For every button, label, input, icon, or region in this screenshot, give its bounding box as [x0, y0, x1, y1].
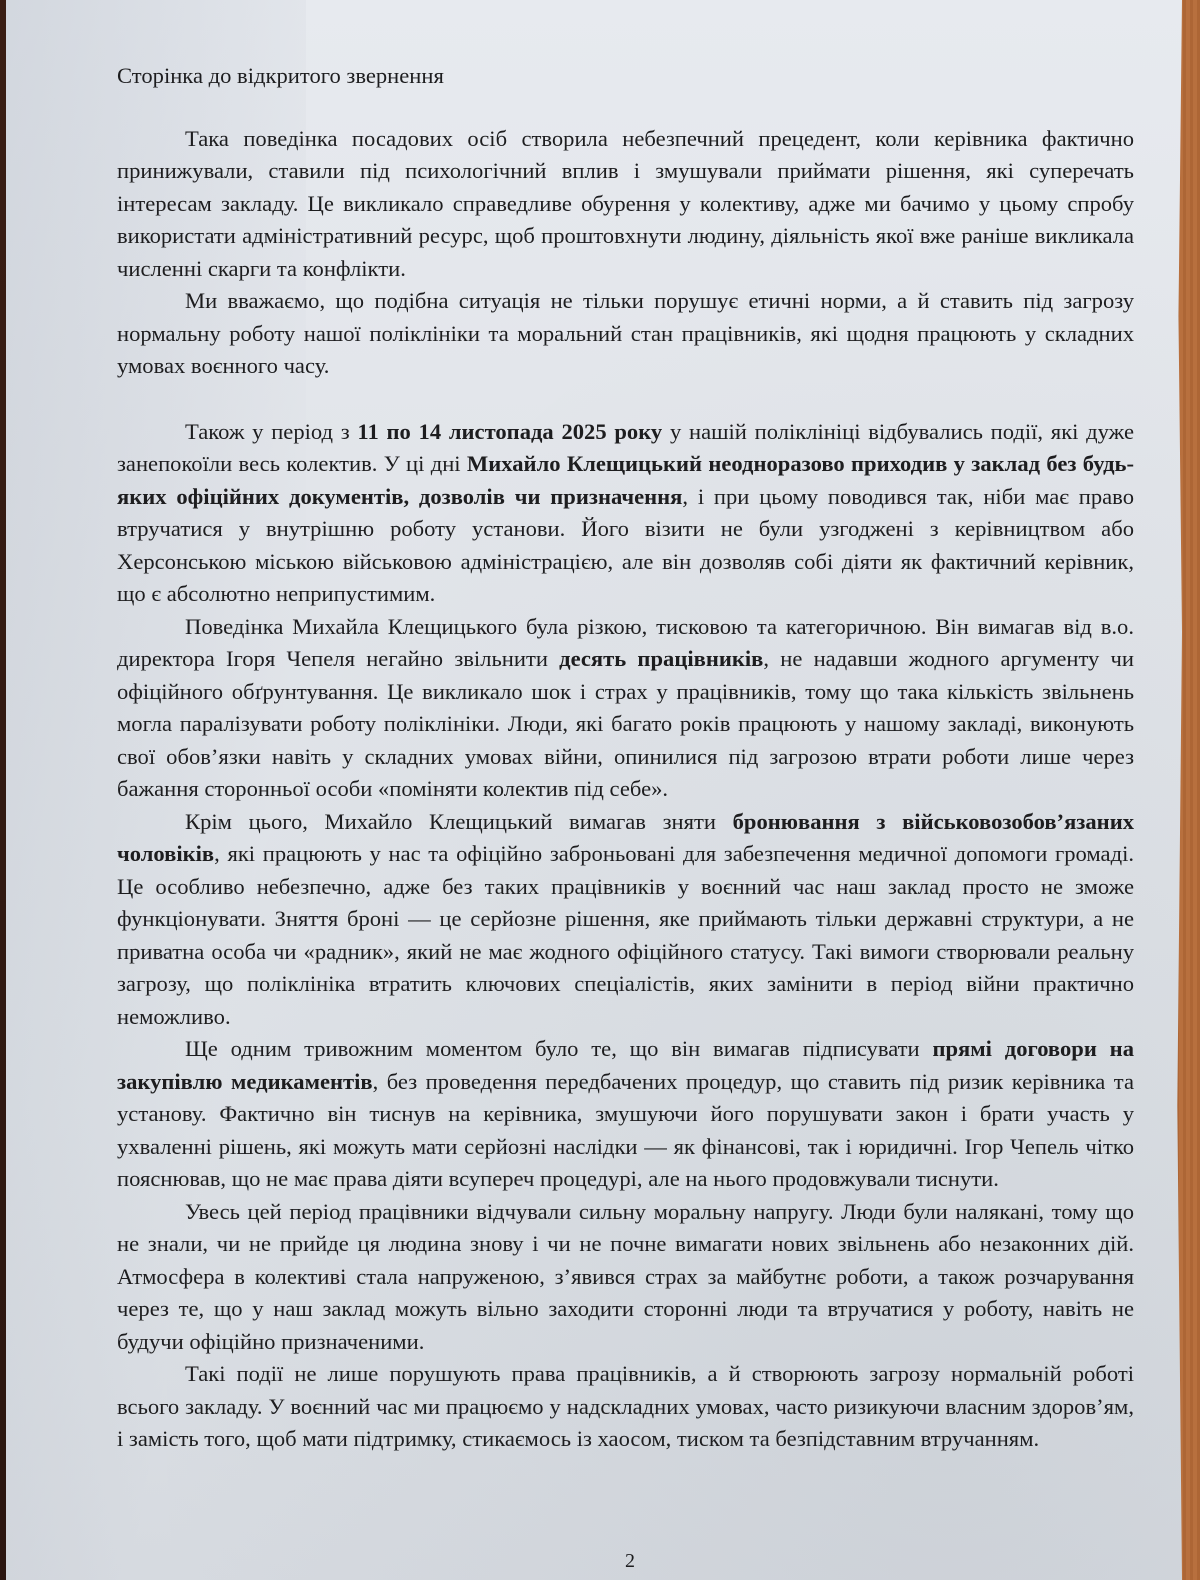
text-segment: , які працюють у нас та офіційно забронь… [117, 841, 1134, 1029]
paragraph-4: Поведінка Михайла Клещицького була різко… [117, 611, 1134, 806]
paragraph-1: Така поведінка посадових осіб створила н… [117, 123, 1134, 286]
document-title: Сторінка до відкритого звернення [117, 60, 1134, 93]
bold-date-range: 11 по 14 листопада 2025 року [357, 419, 662, 444]
text-segment: Крім цього, Михайло Клещицький вимагав з… [185, 809, 733, 834]
bold-highlight: десять працівників [559, 646, 763, 671]
paragraph-3: Також у період з 11 по 14 листопада 2025… [117, 416, 1134, 611]
paragraph-8: Такі події не лише порушують права праці… [117, 1358, 1134, 1456]
text-segment: Також у період з [185, 419, 357, 444]
text-segment: Увесь цей період працівники відчували си… [117, 1199, 1134, 1354]
paragraph-5: Крім цього, Михайло Клещицький вимагав з… [117, 806, 1134, 1034]
text-segment: Такі події не лише порушують права праці… [117, 1361, 1134, 1451]
paragraph-2: Ми вважаємо, що подібна ситуація не тіль… [117, 285, 1134, 383]
text-segment: Така поведінка посадових осіб створила н… [117, 126, 1134, 281]
page-number: 2 [0, 1550, 1200, 1573]
text-segment: Ми вважаємо, що подібна ситуація не тіль… [117, 288, 1134, 378]
paragraph-7: Увесь цей період працівники відчували си… [117, 1196, 1134, 1359]
document-page: Сторінка до відкритого звернення Така по… [117, 60, 1134, 1456]
text-segment: Ще одним тривожним моментом було те, що … [185, 1036, 932, 1061]
paragraph-6: Ще одним тривожним моментом було те, що … [117, 1033, 1134, 1196]
